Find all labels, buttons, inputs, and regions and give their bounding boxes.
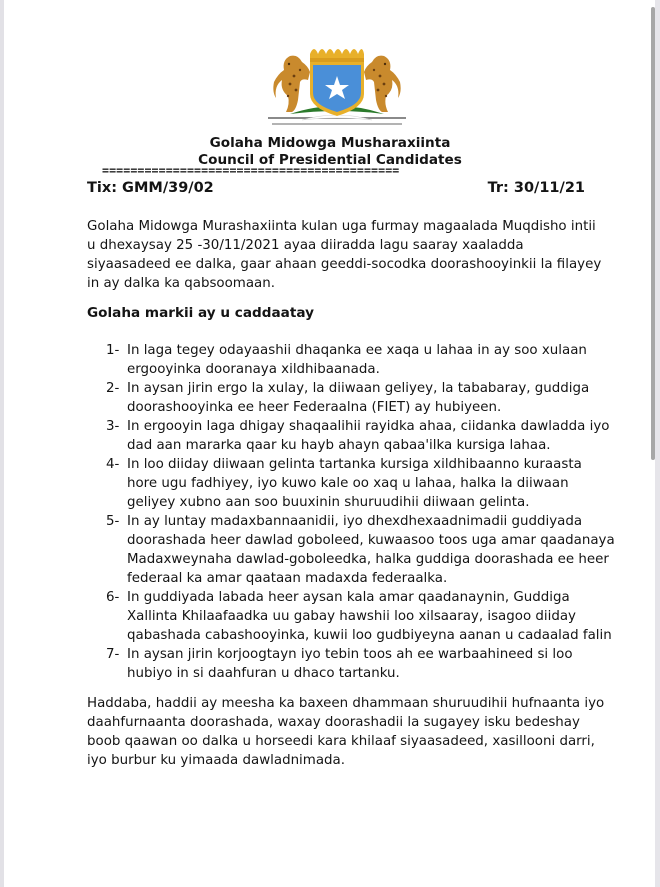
list-item: 2- In aysan jirin ergo la xulay, la diiw… xyxy=(106,379,616,417)
reference-row: Tix: GMM/39/02 Tr: 30/11/21 xyxy=(87,180,585,196)
header-divider: ========================================… xyxy=(102,163,399,177)
closing-paragraph: Haddaba, haddii ay meesha ka baxeen dham… xyxy=(87,694,607,770)
list-item-number: 7- xyxy=(106,645,127,683)
list-item-number: 4- xyxy=(106,455,127,512)
list-item-number: 5- xyxy=(106,512,127,588)
list-item-text: In laga tegey odayaashii dhaqanka ee xaq… xyxy=(127,341,616,379)
list-item-text: In ergooyin laga dhigay shaqaalihii rayi… xyxy=(127,417,616,455)
list-item: 1- In laga tegey odayaashii dhaqanka ee … xyxy=(106,341,616,379)
list-item-number: 3- xyxy=(106,417,127,455)
list-item-text: In loo diiday diiwaan gelinta tartanka k… xyxy=(127,455,616,512)
document-page: Golaha Midowga Musharaxiinta Council of … xyxy=(4,0,655,887)
section-title: Golaha markii ay u caddaatay xyxy=(87,305,314,321)
list-item-text: In aysan jirin ergo la xulay, la diiwaan… xyxy=(127,379,616,417)
list-item-text: In ay luntay madaxbannaanidii, iyo dhexd… xyxy=(127,512,616,588)
list-item-number: 6- xyxy=(106,588,127,645)
list-item: 4- In loo diiday diiwaan gelinta tartank… xyxy=(106,455,616,512)
list-item-text: In guddiyada labada heer aysan kala amar… xyxy=(127,588,616,645)
list-item-number: 2- xyxy=(106,379,127,417)
list-item: 7- In aysan jirin korjoogtayn iyo tebin … xyxy=(106,645,616,683)
viewer-right-edge xyxy=(655,0,660,887)
findings-list: 1- In laga tegey odayaashii dhaqanka ee … xyxy=(106,341,616,683)
document-date: Tr: 30/11/21 xyxy=(488,180,585,196)
org-name-somali: Golaha Midowga Musharaxiinta xyxy=(0,135,660,152)
list-item: 6- In guddiyada labada heer aysan kala a… xyxy=(106,588,616,645)
list-item: 3- In ergooyin laga dhigay shaqaalihii r… xyxy=(106,417,616,455)
reference-number: Tix: GMM/39/02 xyxy=(87,180,214,196)
intro-paragraph: Golaha Midowga Murashaxiinta kulan uga f… xyxy=(87,217,607,293)
list-item: 5- In ay luntay madaxbannaanidii, iyo dh… xyxy=(106,512,616,588)
list-item-number: 1- xyxy=(106,341,127,379)
coat-of-arms-icon xyxy=(262,40,412,132)
list-item-text: In aysan jirin korjoogtayn iyo tebin too… xyxy=(127,645,616,683)
